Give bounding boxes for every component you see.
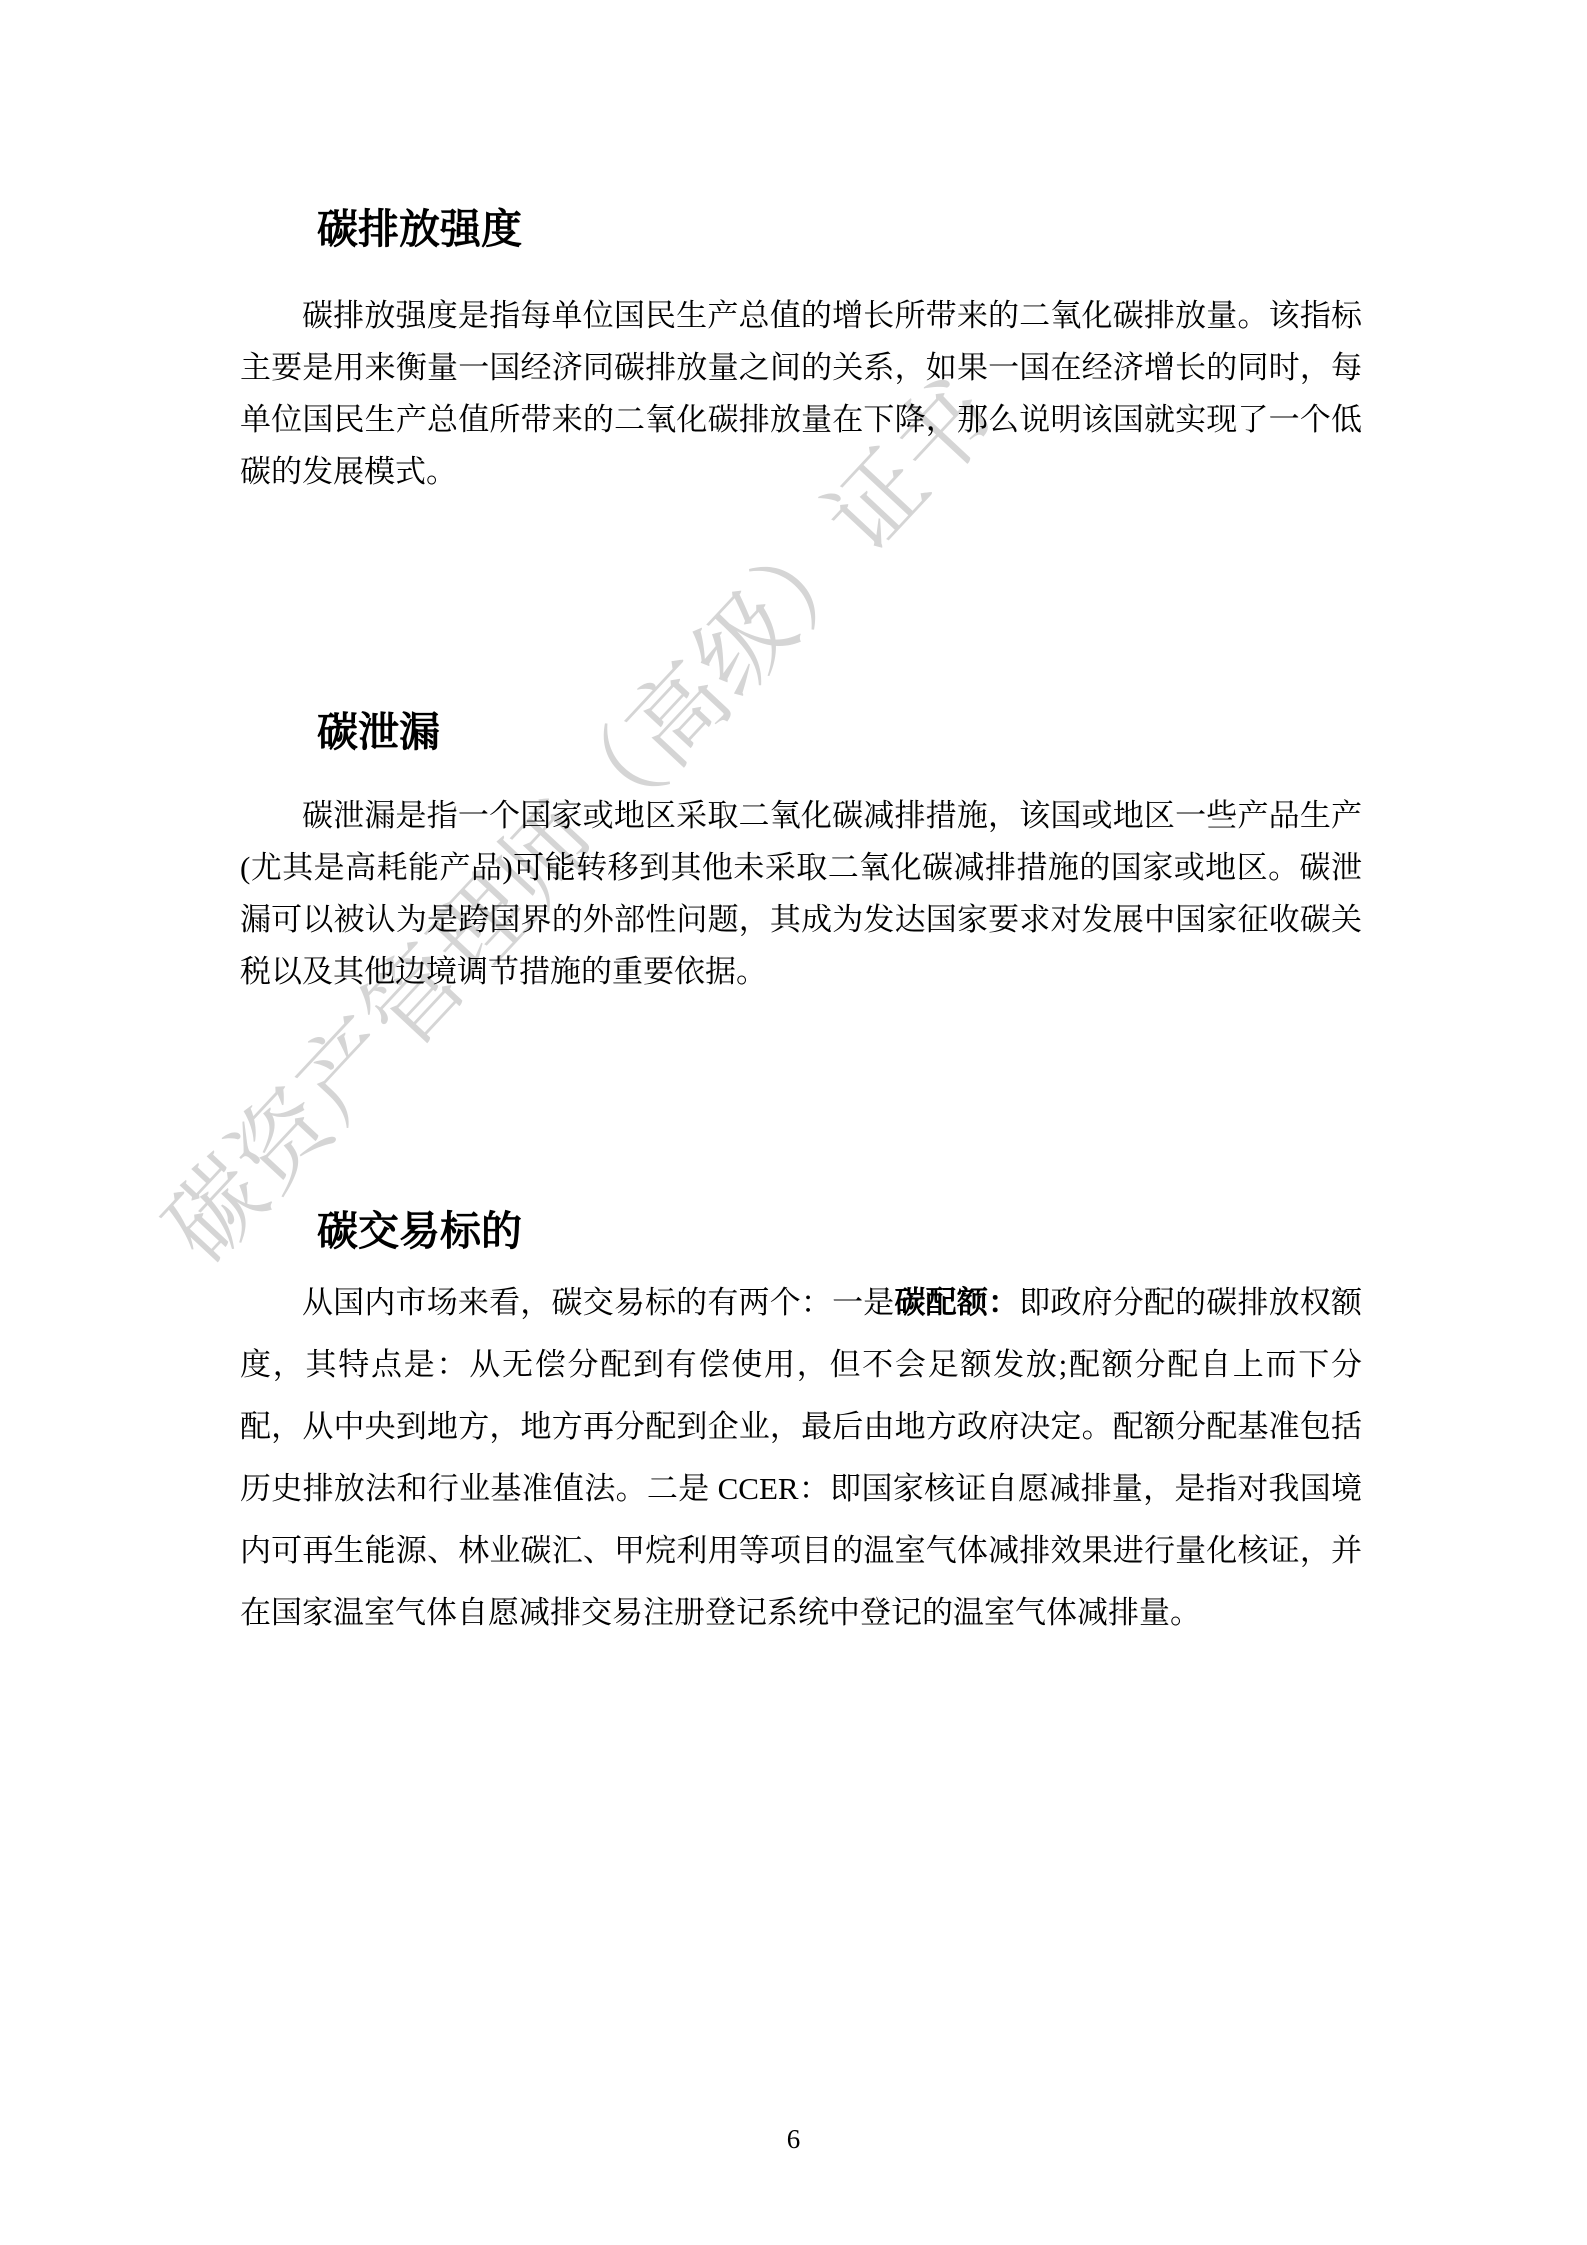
text-run-body: 即政府分配的碳排放权额度，其特点是：从无偿分配到有偿使用，但不会足额发放;配额分… [240,1285,1362,1630]
paragraph-carbon-emission-intensity: 碳排放强度是指每单位国民生产总值的增长所带来的二氧化碳排放量。该指标主要是用来衡… [240,290,1362,498]
section-heading-carbon-leakage: 碳泄漏 [317,708,440,756]
page-number: 6 [0,2123,1587,2155]
text-run-carbon-quota-bold: 碳配额： [894,1285,1019,1320]
text-run-intro: 从国内市场来看，碳交易标的有两个：一是 [302,1285,894,1320]
section-heading-carbon-trading-subject: 碳交易标的 [317,1207,522,1255]
document-page: 碳资产管理师（高级）证书 碳排放强度 碳排放强度是指每单位国民生产总值的增长所带… [0,0,1587,2245]
paragraph-carbon-trading-subject: 从国内市场来看，碳交易标的有两个：一是碳配额：即政府分配的碳排放权额度，其特点是… [240,1272,1362,1644]
paragraph-carbon-leakage: 碳泄漏是指一个国家或地区采取二氧化碳减排措施，该国或地区一些产品生产(尤其是高耗… [240,790,1362,998]
section-heading-carbon-emission-intensity: 碳排放强度 [317,205,522,253]
